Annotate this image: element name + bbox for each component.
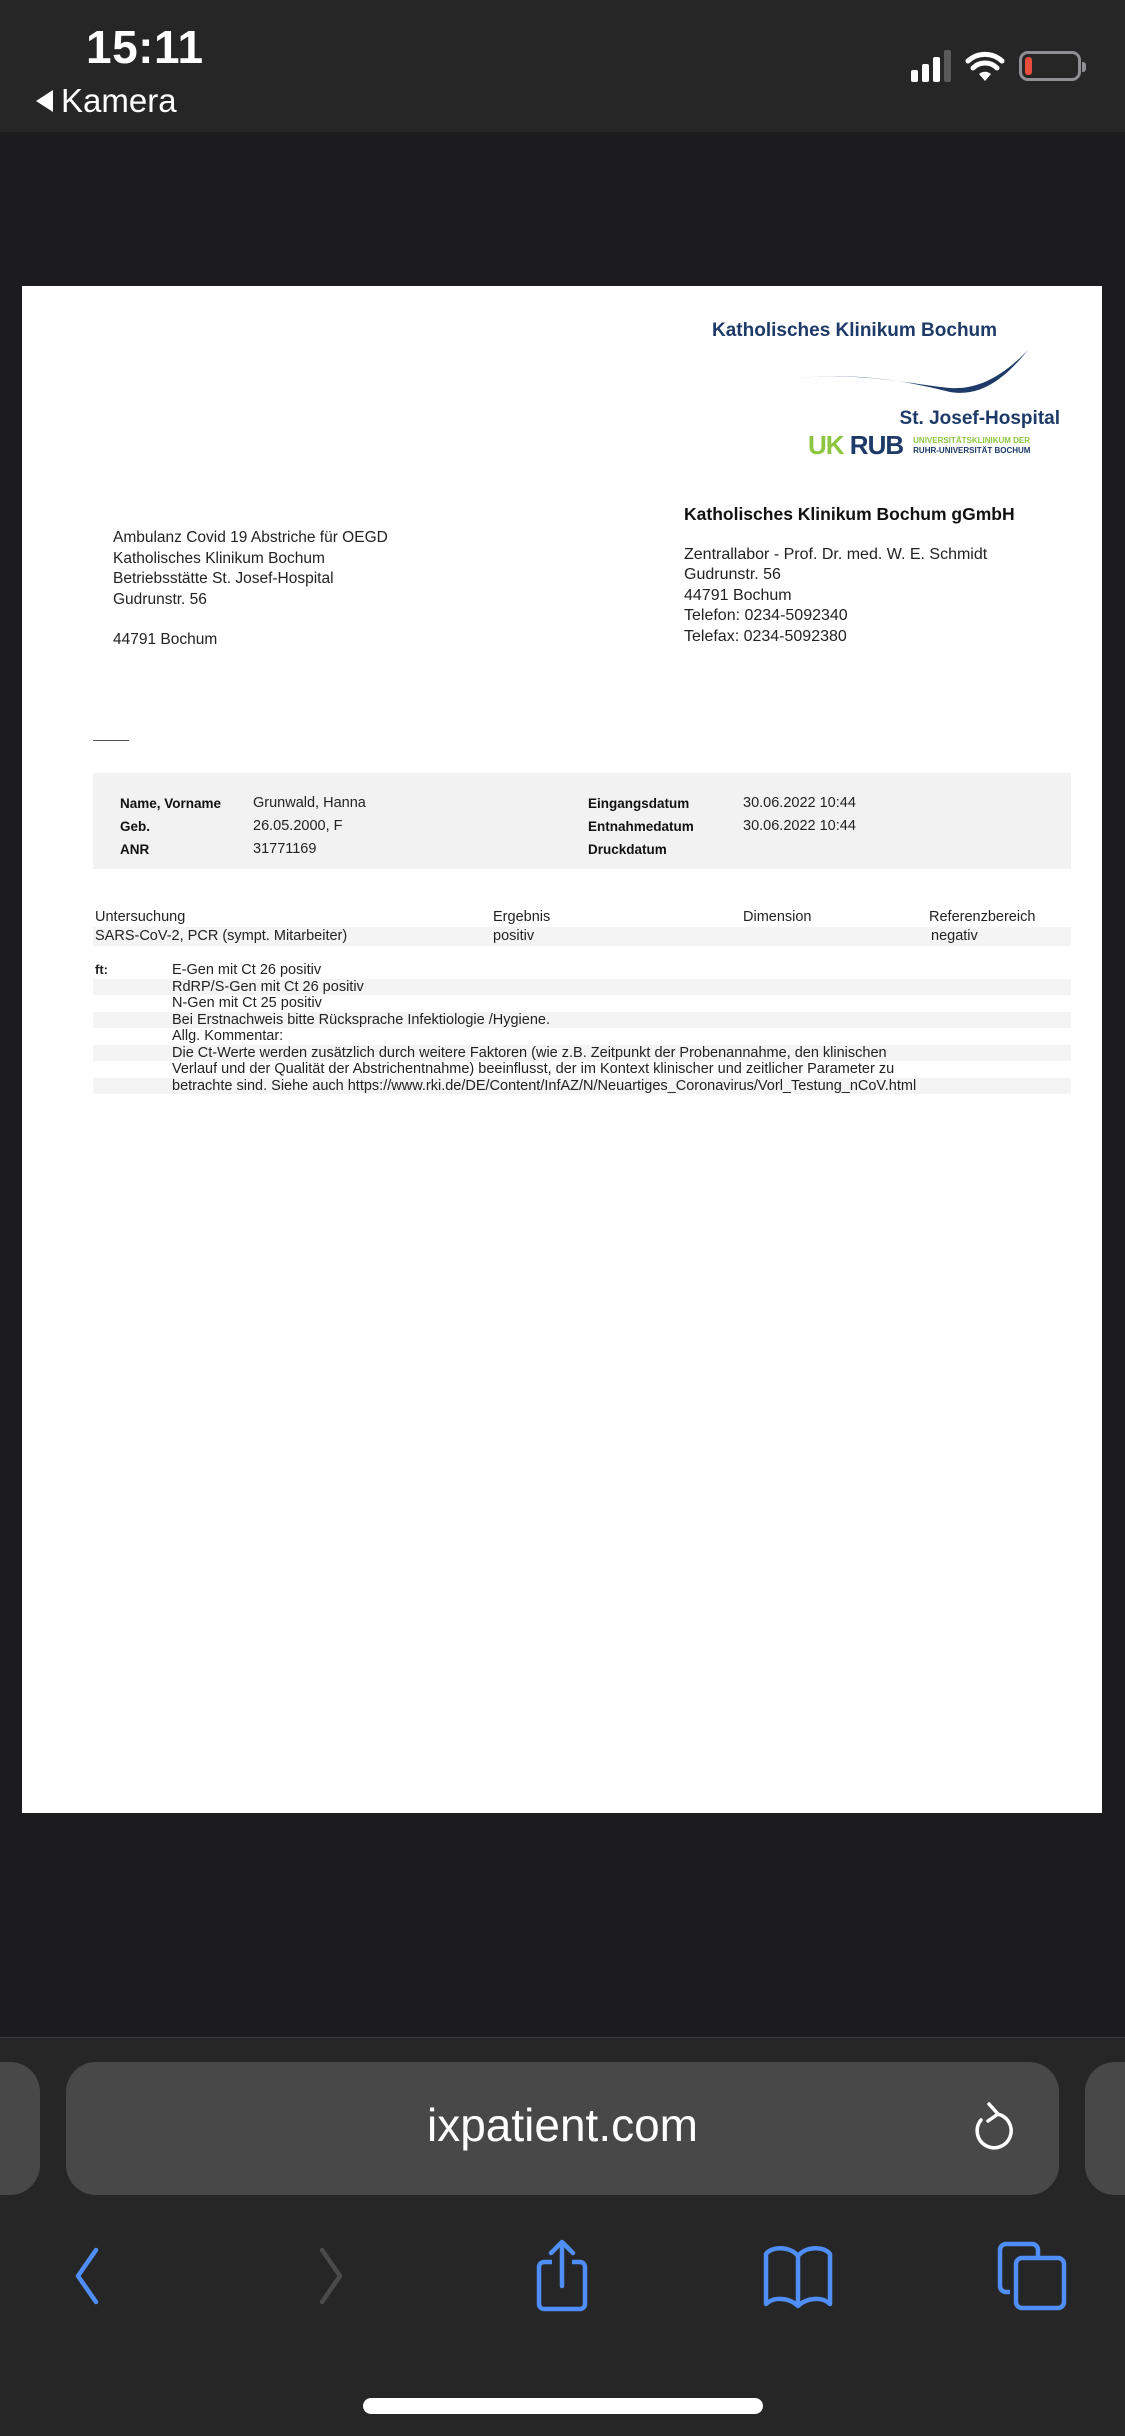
back-button[interactable] <box>48 2236 128 2316</box>
dob-label: Geb. <box>120 819 150 834</box>
sender-line: Zentrallabor - Prof. Dr. med. W. E. Schm… <box>684 545 1015 566</box>
collected-value: 30.06.2022 10:44 <box>743 818 856 834</box>
collected-label: Entnahmedatum <box>588 819 694 834</box>
status-icons <box>911 50 1081 82</box>
sender-line: 44791 Bochum <box>684 586 1015 607</box>
book-icon <box>760 2242 836 2310</box>
share-icon <box>530 2238 594 2314</box>
back-to-app-link[interactable]: Kamera <box>36 82 177 120</box>
rub-mark: RUB <box>850 430 903 460</box>
sender-line: Gudrunstr. 56 <box>684 565 1015 586</box>
comment-label: ft: <box>95 962 108 979</box>
status-bar: 15:11 Kamera <box>0 0 1125 132</box>
sender-address: Katholisches Klinikum Bochum gGmbH Zentr… <box>684 504 1015 647</box>
next-tab-peek[interactable] <box>1085 2062 1125 2195</box>
reload-icon[interactable] <box>967 2100 1017 2160</box>
chevron-left-icon <box>68 2244 108 2308</box>
received-label: Eingangsdatum <box>588 796 689 811</box>
battery-low-icon <box>1019 51 1081 81</box>
comment-line: Die Ct-Werte werden zusätzlich durch wei… <box>172 1045 887 1062</box>
comment-line: Bei Erstnachweis bitte Rücksprache Infek… <box>172 1012 550 1029</box>
dob-value: 26.05.2000, F <box>253 818 343 834</box>
cell-result: positiv <box>493 928 534 944</box>
share-button[interactable] <box>522 2236 602 2316</box>
affiliation-line-1: UNIVERSITÄTSKLINIKUM DER <box>913 436 1030 446</box>
logo-organization: Katholisches Klinikum Bochum <box>712 320 997 342</box>
url-text[interactable]: ixpatient.com <box>66 2098 1059 2152</box>
hospital-logo: Katholisches Klinikum Bochum St. Josef-H… <box>690 320 1070 460</box>
recipient-line: Betriebsstätte St. Josef-Hospital <box>113 569 388 590</box>
affiliation-line-2: RUHR-UNIVERSITÄT BOCHUM <box>913 446 1030 456</box>
uk-mark: UK <box>808 430 844 460</box>
lab-report-page: Katholisches Klinikum Bochum St. Josef-H… <box>22 286 1102 1813</box>
comment-line: N-Gen mit Ct 25 positiv <box>172 995 322 1012</box>
sender-org: Katholisches Klinikum Bochum gGmbH <box>684 504 1015 525</box>
logo-ukrub: UK RUB UNIVERSITÄTSKLINIKUM DER RUHR-UNI… <box>808 430 1030 461</box>
name-label: Name, Vorname <box>120 796 221 811</box>
comment-line: RdRP/S-Gen mit Ct 26 positiv <box>172 979 364 996</box>
logo-hospital: St. Josef-Hospital <box>900 408 1060 430</box>
comment-line: Allg. Kommentar: <box>172 1028 283 1045</box>
recipient-city: 44791 Bochum <box>113 630 388 651</box>
clock: 15:11 <box>86 20 204 74</box>
col-header-unit: Dimension <box>743 909 812 925</box>
recipient-address: Ambulanz Covid 19 Abstriche für OEGD Kat… <box>113 528 388 651</box>
comment-line: betrachte sind. Siehe auch https://www.r… <box>172 1078 916 1095</box>
table-row: SARS-CoV-2, PCR (sympt. Mitarbeiter) pos… <box>93 927 1071 946</box>
col-header-test: Untersuchung <box>95 909 185 925</box>
tabs-button[interactable] <box>994 2236 1074 2316</box>
cell-reference: negativ <box>931 928 978 944</box>
recipient-line: Gudrunstr. 56 <box>113 590 388 611</box>
previous-tab-peek[interactable] <box>0 2062 40 2195</box>
back-app-label: Kamera <box>61 82 177 120</box>
name-value: Grunwald, Hanna <box>253 795 366 811</box>
tabs-icon <box>996 2240 1072 2312</box>
cell-test: SARS-CoV-2, PCR (sympt. Mitarbeiter) <box>95 928 347 944</box>
logo-swoosh-icon <box>800 342 1030 397</box>
received-value: 30.06.2022 10:44 <box>743 795 856 811</box>
sender-line: Telefon: 0234-5092340 <box>684 606 1015 627</box>
comment-line: Verlauf und der Qualität der Abstrichent… <box>172 1061 894 1078</box>
anr-label: ANR <box>120 842 149 857</box>
patient-info-box: Name, Vorname Grunwald, Hanna Geb. 26.05… <box>93 773 1071 869</box>
comment-line: E-Gen mit Ct 26 positiv <box>172 962 321 979</box>
recipient-line: Katholisches Klinikum Bochum <box>113 549 388 570</box>
sender-line: Telefax: 0234-5092380 <box>684 627 1015 648</box>
results-table: Untersuchung Ergebnis Dimension Referenz… <box>93 908 1071 946</box>
home-indicator[interactable] <box>363 2398 763 2414</box>
forward-button[interactable] <box>290 2236 370 2316</box>
results-header-row: Untersuchung Ergebnis Dimension Referenz… <box>93 908 1071 927</box>
col-header-reference: Referenzbereich <box>929 909 1035 925</box>
recipient-line: Ambulanz Covid 19 Abstriche für OEGD <box>113 528 388 549</box>
chevron-right-icon <box>310 2244 350 2308</box>
comments-section: ft:E-Gen mit Ct 26 positiv RdRP/S-Gen mi… <box>93 962 1071 1094</box>
anr-value: 31771169 <box>253 841 316 857</box>
print-date-label: Druckdatum <box>588 842 667 857</box>
fold-mark-divider <box>93 740 129 741</box>
back-triangle-icon <box>36 90 53 112</box>
col-header-result: Ergebnis <box>493 909 550 925</box>
address-bar[interactable]: ixpatient.com <box>66 2062 1059 2195</box>
bookmarks-button[interactable] <box>758 2236 838 2316</box>
wifi-icon <box>965 50 1005 82</box>
cellular-signal-icon <box>911 50 951 82</box>
